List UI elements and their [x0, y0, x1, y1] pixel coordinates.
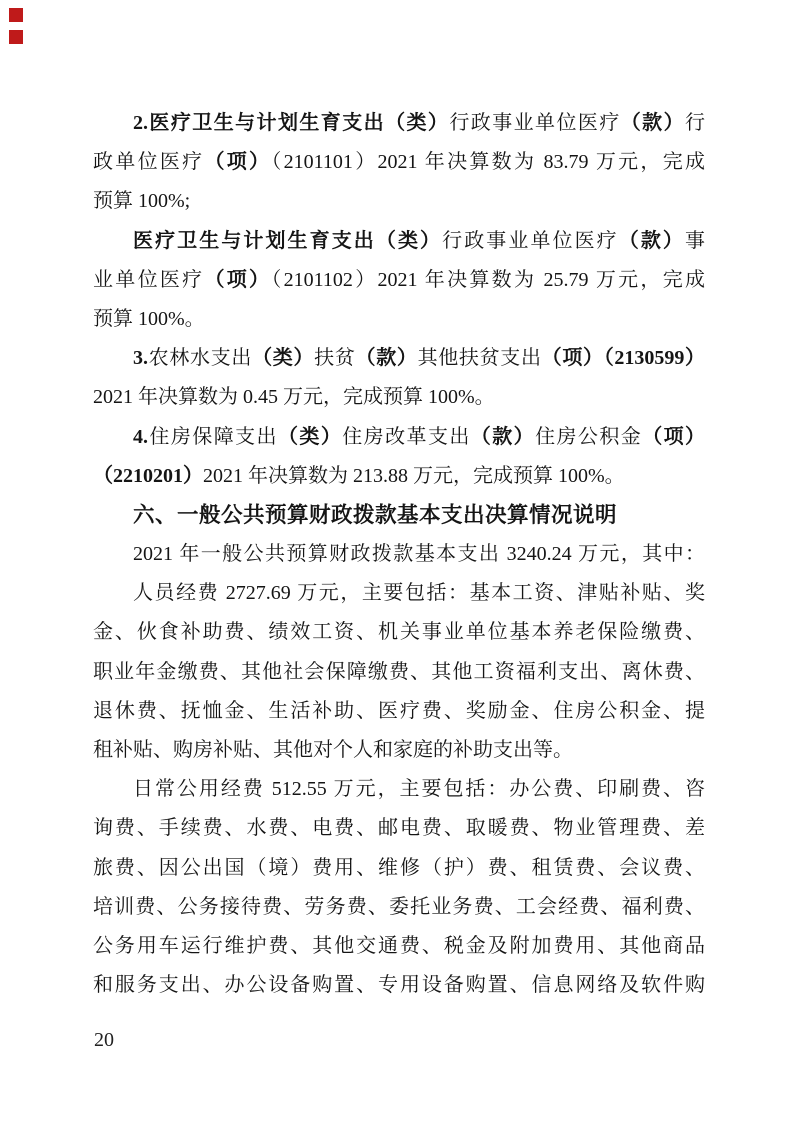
- text-run: 2.医疗卫生与计划生育支出（类）: [133, 112, 449, 134]
- text-run: 行: [685, 112, 705, 134]
- text-line: 人员经费 2727.69 万元，主要包括：基本工资、津贴补贴、奖: [93, 574, 705, 613]
- text-run: （2101101）2021 年决算数为 83.79 万元，完成: [271, 151, 705, 173]
- text-line: 金、伙食补助费、绩效工资、机关事业单位基本养老保险缴费、: [93, 613, 705, 652]
- text-run: 业单位医疗: [93, 269, 204, 291]
- text-run: （项）: [204, 151, 271, 173]
- text-line: 医疗卫生与计划生育支出（类）行政事业单位医疗（款）事: [93, 222, 705, 261]
- red-mark-top: [9, 8, 23, 22]
- text-run: （项）: [642, 426, 705, 448]
- text-line: 业单位医疗（项）（2101102）2021 年决算数为 25.79 万元，完成: [93, 261, 705, 300]
- text-line: 租补贴、购房补贴、其他对个人和家庭的补助支出等。: [93, 731, 705, 770]
- text-run: 2021 年决算数为 213.88 万元，完成预算 100%。: [203, 465, 625, 487]
- text-line: 日常公用经费 512.55 万元，主要包括：办公费、印刷费、咨: [93, 770, 705, 809]
- text-line: 2021 年决算数为 0.45 万元，完成预算 100%。: [93, 378, 705, 417]
- text-run: （款）: [356, 347, 418, 369]
- text-line: 预算 100%。: [93, 300, 705, 339]
- text-run: （2210201）: [93, 465, 203, 487]
- text-run: 退休费、抚恤金、生活补助、医疗费、奖励金、住房公积金、提: [93, 700, 705, 722]
- text-run: 医疗卫生与计划生育支出（类）: [133, 230, 442, 252]
- text-line: 预算 100%;: [93, 182, 705, 221]
- text-line: 和服务支出、办公设备购置、专用设备购置、信息网络及软件购: [93, 966, 705, 1005]
- text-run: 其他扶贫支出: [418, 347, 542, 369]
- text-run: （款）: [619, 230, 685, 252]
- text-line: 2021 年一般公共预算财政拨款基本支出 3240.24 万元，其中：: [93, 535, 705, 574]
- text-run: 职业年金缴费、其他社会保障缴费、其他工资福利支出、离休费、: [93, 661, 705, 683]
- text-line: 4.住房保障支出（类）住房改革支出（款）住房公积金（项）: [93, 418, 705, 457]
- text-content: 2.医疗卫生与计划生育支出（类）行政事业单位医疗（款）行政单位医疗（项）（210…: [93, 104, 705, 1005]
- red-mark-bottom: [9, 30, 23, 44]
- text-line: 旅费、因公出国（境）费用、维修（护）费、租赁费、会议费、: [93, 849, 705, 888]
- document-page: 2.医疗卫生与计划生育支出（类）行政事业单位医疗（款）行政单位医疗（项）（210…: [0, 0, 793, 1122]
- text-run: 3.: [133, 347, 148, 369]
- text-run: 行政事业单位医疗: [442, 230, 619, 252]
- text-line: 3.农林水支出（类）扶贫（款）其他扶贫支出（项）（2130599）: [93, 339, 705, 378]
- text-run: 2021 年一般公共预算财政拨款基本支出 3240.24 万元，其中：: [133, 543, 705, 565]
- text-run: 农林水支出: [148, 347, 252, 369]
- text-run: 公务用车运行维护费、其他交通费、税金及附加费用、其他商品: [93, 935, 705, 957]
- text-run: （项）（2130599）: [542, 347, 705, 369]
- text-run: 扶贫: [314, 347, 355, 369]
- text-run: 六、一般公共预算财政拨款基本支出决算情况说明: [133, 503, 617, 527]
- text-line: 退休费、抚恤金、生活补助、医疗费、奖励金、住房公积金、提: [93, 692, 705, 731]
- text-line: 职业年金缴费、其他社会保障缴费、其他工资福利支出、离休费、: [93, 653, 705, 692]
- text-run: （2101102）2021 年决算数为 25.79 万元，完成: [271, 269, 705, 291]
- text-run: 旅费、因公出国（境）费用、维修（护）费、租赁费、会议费、: [93, 857, 705, 879]
- text-run: （款）: [471, 426, 535, 448]
- text-line: 公务用车运行维护费、其他交通费、税金及附加费用、其他商品: [93, 927, 705, 966]
- text-run: （款）: [621, 112, 685, 134]
- text-run: 日常公用经费 512.55 万元，主要包括：办公费、印刷费、咨: [133, 778, 705, 800]
- page-number: 20: [94, 1028, 114, 1052]
- text-run: 事: [685, 230, 705, 252]
- text-run: 住房公积金: [535, 426, 642, 448]
- text-run: 住房改革支出: [342, 426, 471, 448]
- text-run: 预算 100%。: [93, 308, 205, 330]
- text-run: 租补贴、购房补贴、其他对个人和家庭的补助支出等。: [93, 739, 573, 761]
- text-run: 询费、手续费、水费、电费、邮电费、取暖费、物业管理费、差: [93, 817, 705, 839]
- text-run: 人员经费 2727.69 万元，主要包括：基本工资、津贴补贴、奖: [133, 582, 705, 604]
- text-line: （2210201）2021 年决算数为 213.88 万元，完成预算 100%。: [93, 457, 705, 496]
- text-line: 培训费、公务接待费、劳务费、委托业务费、工会经费、福利费、: [93, 888, 705, 927]
- text-run: 培训费、公务接待费、劳务费、委托业务费、工会经费、福利费、: [93, 896, 705, 918]
- text-run: 住房保障支出: [148, 426, 278, 448]
- text-run: 4.: [133, 426, 148, 448]
- text-run: 行政事业单位医疗: [449, 112, 620, 134]
- text-line: 政单位医疗（项）（2101101）2021 年决算数为 83.79 万元，完成: [93, 143, 705, 182]
- text-run: （项）: [204, 269, 271, 291]
- text-run: （类）: [278, 426, 342, 448]
- text-line: 询费、手续费、水费、电费、邮电费、取暖费、物业管理费、差: [93, 809, 705, 848]
- text-run: 政单位医疗: [93, 151, 204, 173]
- section-heading: 六、一般公共预算财政拨款基本支出决算情况说明: [93, 496, 705, 535]
- text-run: （类）: [252, 347, 314, 369]
- text-run: 2021 年决算数为 0.45 万元，完成预算 100%。: [93, 386, 495, 408]
- text-run: 预算 100%;: [93, 190, 190, 212]
- text-run: 金、伙食补助费、绩效工资、机关事业单位基本养老保险缴费、: [93, 621, 705, 643]
- text-line: 2.医疗卫生与计划生育支出（类）行政事业单位医疗（款）行: [93, 104, 705, 143]
- text-run: 和服务支出、办公设备购置、专用设备购置、信息网络及软件购: [93, 974, 705, 996]
